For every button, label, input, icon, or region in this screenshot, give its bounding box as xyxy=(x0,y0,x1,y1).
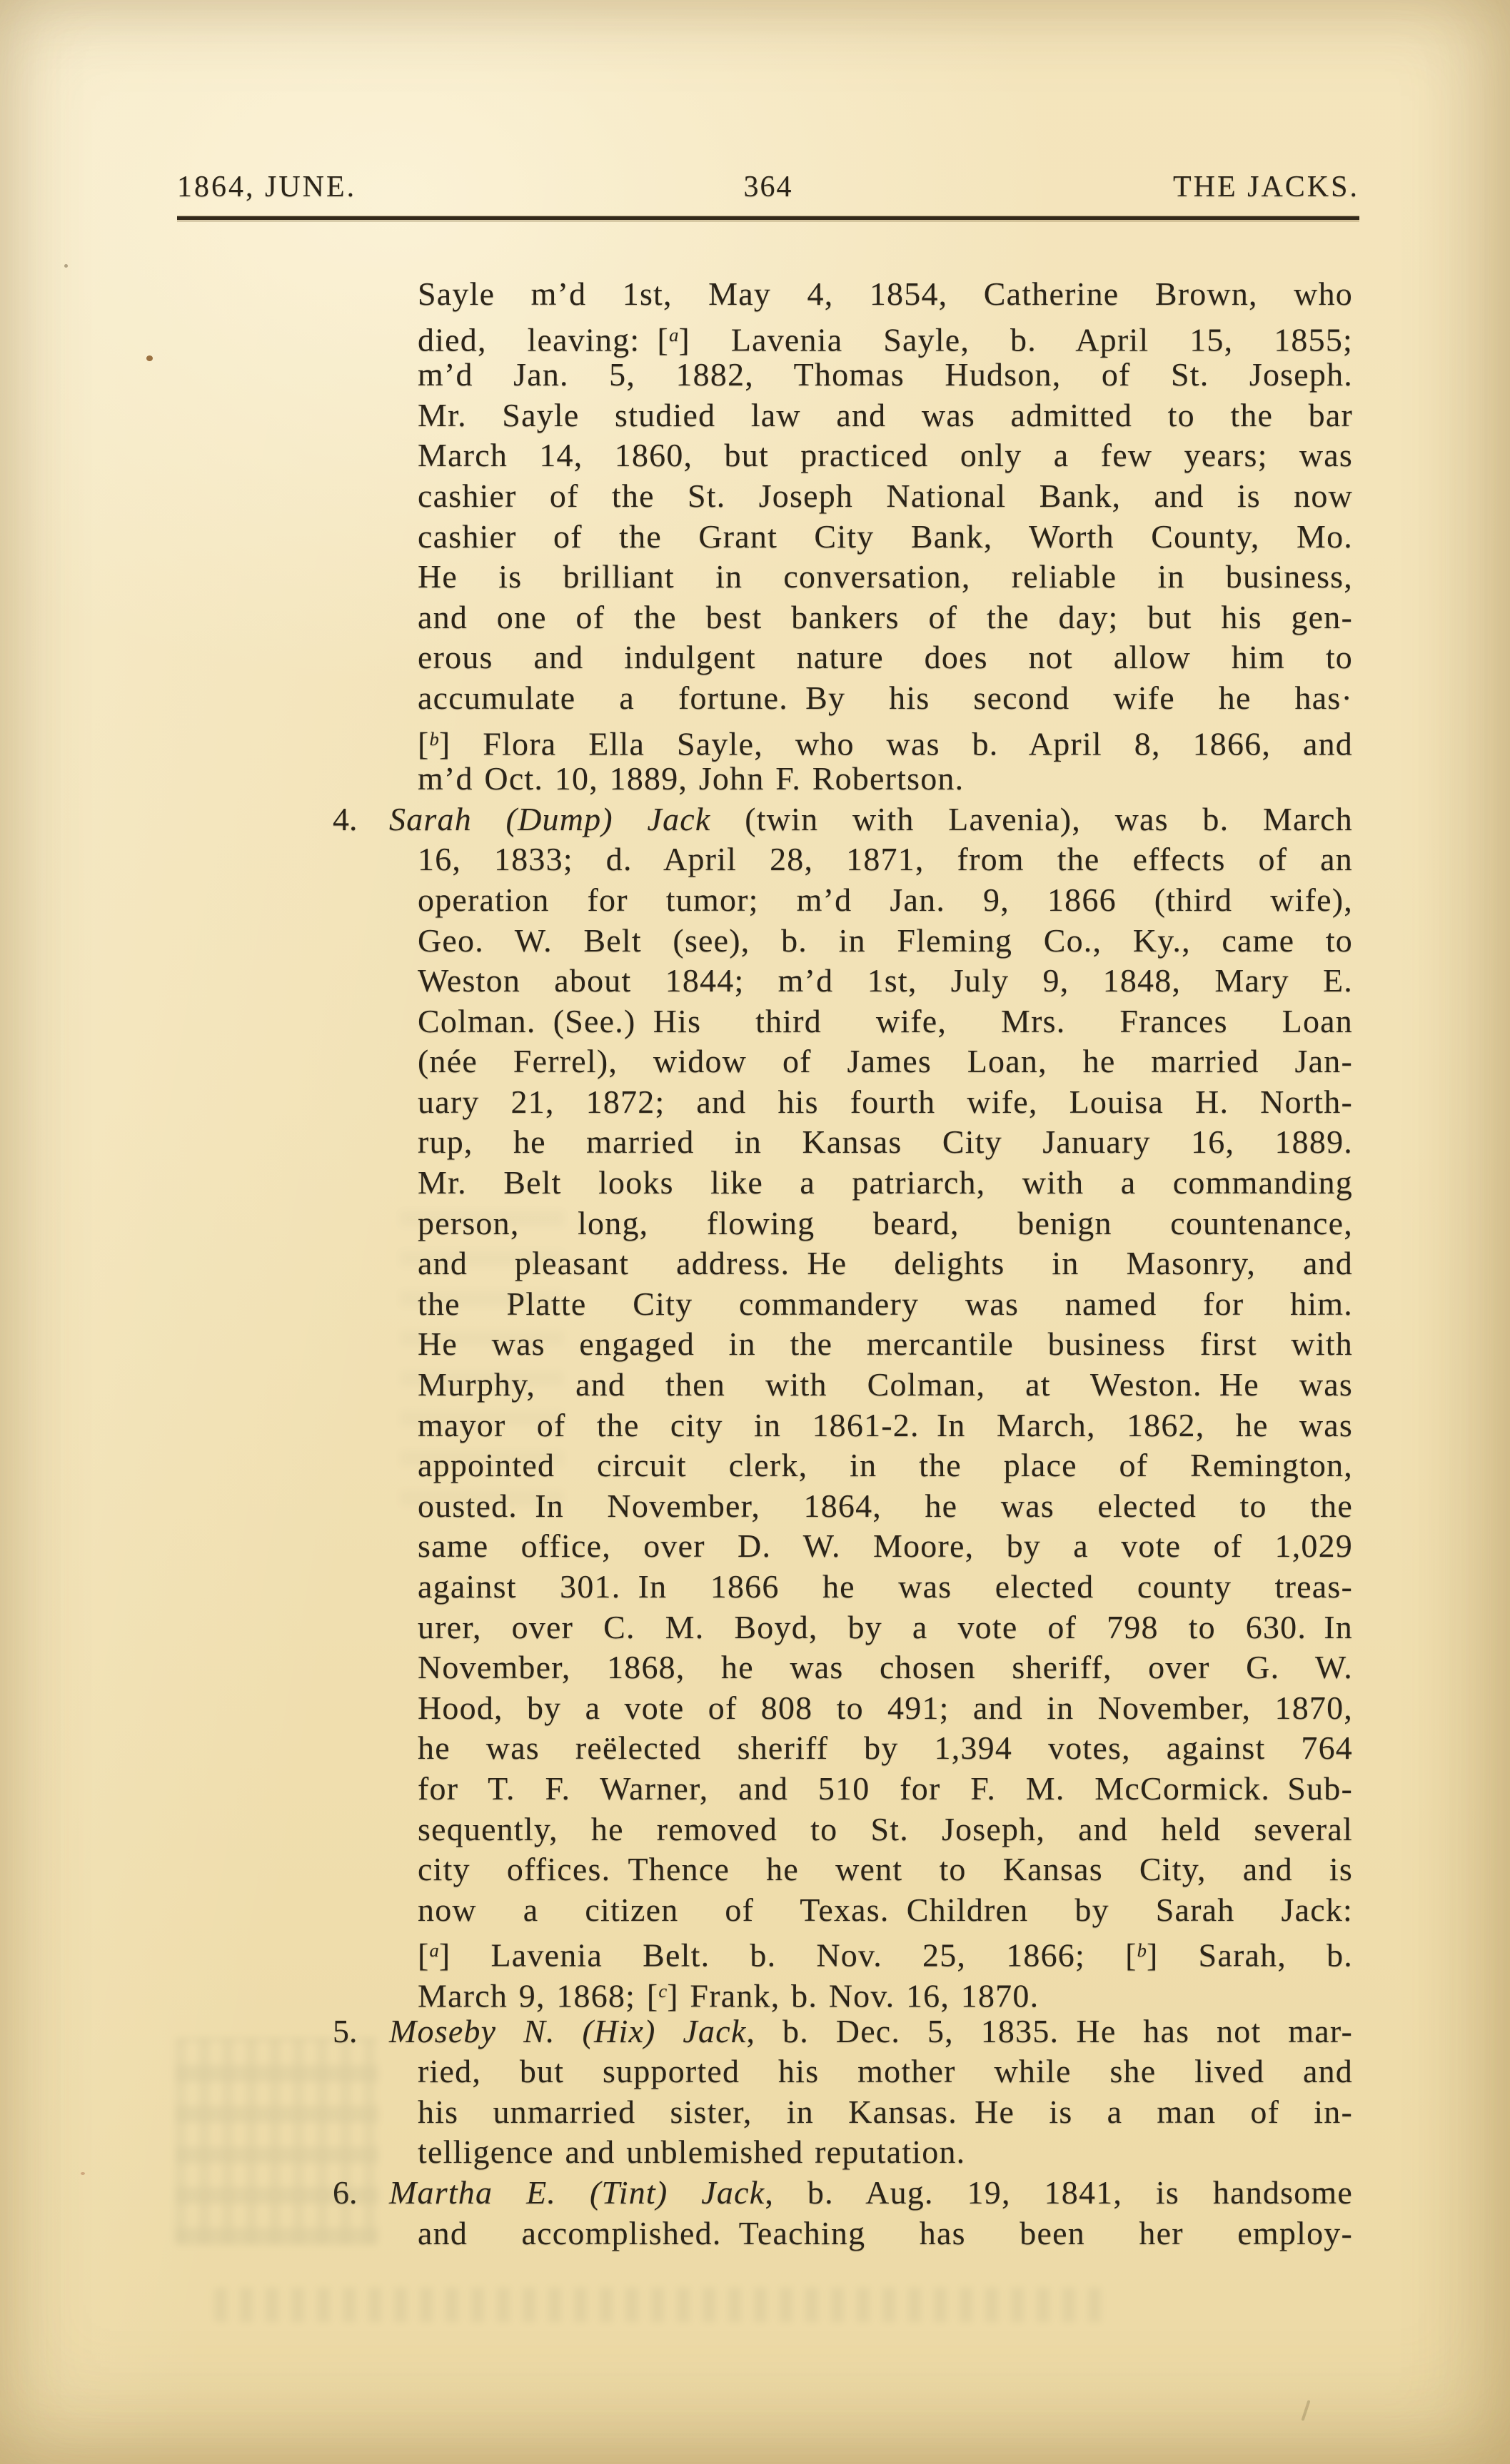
text-line: sequently, he removed to St. Joseph, and… xyxy=(418,1809,1353,1850)
text-line: 6.Martha E. (Tint) Jack, b. Aug. 19, 184… xyxy=(389,2173,1353,2213)
header-book-title: THE JACKS. xyxy=(1173,170,1359,204)
text-line: rup, he married in Kansas City January 1… xyxy=(418,1122,1353,1163)
header-rule xyxy=(177,216,1359,220)
text-line: ousted. In November, 1864, he was electe… xyxy=(418,1486,1353,1527)
text-line: He is brilliant in conversation, reliabl… xyxy=(418,557,1353,597)
text-line: for T. F. Warner, and 510 for F. M. McCo… xyxy=(418,1769,1353,1809)
text-line: Murphy, and then with Colman, at Weston.… xyxy=(418,1365,1353,1405)
text-line: and pleasant address. He delights in Mas… xyxy=(418,1243,1353,1284)
text-line: cashier of the Grant City Bank, Worth Co… xyxy=(418,517,1353,557)
text-line: 5.Moseby N. (Hix) Jack, b. Dec. 5, 1835.… xyxy=(389,2011,1353,2052)
item-number: 5. xyxy=(333,2011,358,2052)
text-line: Geo. W. Belt (see), b. in Fleming Co., K… xyxy=(418,921,1353,961)
text-line: appointed circuit clerk, in the place of… xyxy=(418,1445,1353,1486)
text-line: [b] Flora Ella Sayle, who was b. April 8… xyxy=(418,719,1353,759)
text-line: ried, but supported his mother while she… xyxy=(418,2051,1353,2092)
text-line: m’d Oct. 10, 1889, John F. Robertson. xyxy=(418,759,1353,799)
text-line: 4.Sarah (Dump) Jack (twin with Lavenia),… xyxy=(389,799,1353,840)
text-line: mayor of the city in 1861-2. In March, 1… xyxy=(418,1405,1353,1446)
text-line: died, leaving: [a] Lavenia Sayle, b. Apr… xyxy=(418,315,1353,355)
text-line: accumulate a fortune. By his second wife… xyxy=(418,678,1353,719)
text-line: telligence and unblemished reputation. xyxy=(418,2132,1353,2173)
text-line: [a] Lavenia Belt. b. Nov. 25, 1866; [b] … xyxy=(418,1930,1353,1971)
text-line: Hood, by a vote of 808 to 491; and in No… xyxy=(418,1688,1353,1729)
text-line: city offices. Thence he went to Kansas C… xyxy=(418,1849,1353,1890)
text-line: he was reëlected sheriff by 1,394 votes,… xyxy=(418,1728,1353,1769)
text-line: the Platte City commandery was named for… xyxy=(418,1284,1353,1325)
item-number: 6. xyxy=(333,2173,358,2213)
page-header: 1864, JUNE. 364 THE JACKS. xyxy=(177,170,1359,213)
text-line: and accomplished. Teaching has been her … xyxy=(418,2213,1353,2254)
text-line: operation for tumor; m’d Jan. 9, 1866 (t… xyxy=(418,880,1353,921)
text-line: Sayle m’d 1st, May 4, 1854, Catherine Br… xyxy=(418,274,1353,315)
text-line: and one of the best bankers of the day; … xyxy=(418,597,1353,638)
text-line: urer, over C. M. Boyd, by a vote of 798 … xyxy=(418,1607,1353,1648)
text-line: Mr. Sayle studied law and was admitted t… xyxy=(418,395,1353,436)
text-line: his unmarried sister, in Kansas. He is a… xyxy=(418,2092,1353,2133)
text-line: He was engaged in the mercantile busines… xyxy=(418,1324,1353,1365)
body-text: Sayle m’d 1st, May 4, 1854, Catherine Br… xyxy=(0,274,1510,2253)
text-line: Mr. Belt looks like a patriarch, with a … xyxy=(418,1163,1353,1203)
paper-speck xyxy=(64,264,68,268)
text-line: 16, 1833; d. April 28, 1871, from the ef… xyxy=(418,839,1353,880)
text-line: March 14, 1860, but practiced only a few… xyxy=(418,435,1353,476)
text-line: against 301. In 1866 he was elected coun… xyxy=(418,1567,1353,1607)
text-line: Weston about 1844; m’d 1st, July 9, 1848… xyxy=(418,961,1353,1001)
scanned-book-page: 1864, JUNE. 364 THE JACKS. Sayle m’d 1st… xyxy=(0,0,1510,2464)
text-line: same office, over D. W. Moore, by a vote… xyxy=(418,1526,1353,1567)
text-line: March 9, 1868; [c] Frank, b. Nov. 16, 18… xyxy=(418,1971,1353,2011)
paper-scratch xyxy=(1301,2400,1310,2421)
text-line: now a citizen of Texas. Children by Sara… xyxy=(418,1890,1353,1931)
text-line: Colman. (See.) His third wife, Mrs. Fran… xyxy=(418,1001,1353,1042)
text-line: cashier of the St. Joseph National Bank,… xyxy=(418,476,1353,517)
text-line: person, long, flowing beard, benign coun… xyxy=(418,1203,1353,1244)
text-line: uary 21, 1872; and his fourth wife, Loui… xyxy=(418,1082,1353,1123)
text-line: m’d Jan. 5, 1882, Thomas Hudson, of St. … xyxy=(418,355,1353,395)
text-line: November, 1868, he was chosen sheriff, o… xyxy=(418,1647,1353,1688)
text-line: (née Ferrel), widow of James Loan, he ma… xyxy=(418,1041,1353,1082)
bleed-through-artifact xyxy=(214,2288,1107,2322)
text-line: erous and indulgent nature does not allo… xyxy=(418,637,1353,678)
item-number: 4. xyxy=(333,799,358,840)
